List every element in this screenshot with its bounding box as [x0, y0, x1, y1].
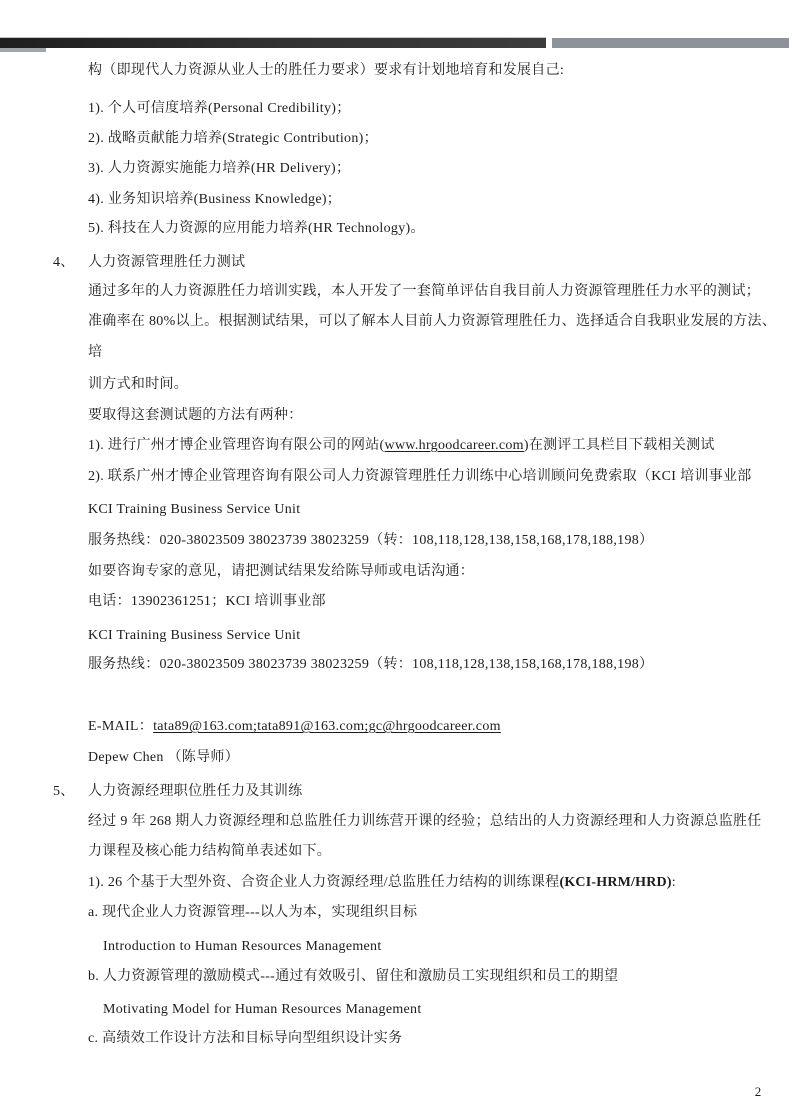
- text-segment: 2). 联系广州才博企业管理咨询有限公司人力资源管理胜任力训练中心培训顾问免费索…: [88, 469, 752, 484]
- text-line: 训方式和时间。: [0, 370, 792, 400]
- text-line: 电话：13902361251；KCI 培训事业部: [0, 587, 792, 617]
- bold-text: (KCI-HRM/HRD): [559, 875, 671, 890]
- text-segment: 训方式和时间。: [88, 377, 188, 392]
- text-line: KCI Training Business Service Unit: [0, 621, 792, 651]
- text-line: 通过多年的人力资源胜任力培训实践，本人开发了一套简单评估自我目前人力资源管理胜任…: [0, 277, 792, 307]
- text-segment: KCI Training Business Service Unit: [88, 628, 300, 643]
- text-segment: 1). 26 个基于大型外资、合资企业人力资源经理/总监胜任力结构的训练课程: [88, 875, 559, 890]
- text-segment: 电话：13902361251；KCI 培训事业部: [88, 594, 326, 609]
- text-line: 服务热线：020-38023509 38023739 38023259（转：10…: [0, 650, 792, 680]
- text-line: 2). 联系广州才博企业管理咨询有限公司人力资源管理胜任力训练中心培训顾问免费索…: [0, 462, 792, 492]
- hyperlink[interactable]: www.hrgoodcareer.com: [385, 438, 524, 453]
- text-segment: 3). 人力资源实施能力培养(HR Delivery)；: [88, 161, 350, 176]
- text-line: Introduction to Human Resources Manageme…: [0, 932, 792, 962]
- text-segment: 培: [88, 345, 102, 360]
- text-line: 1). 进行广州才博企业管理咨询有限公司的网站(www.hrgoodcareer…: [0, 431, 792, 461]
- text-line: 如要咨询专家的意见，请把测试结果发给陈导师或电话沟通：: [0, 557, 792, 587]
- text-line: Depew Chen （陈导师）: [0, 743, 792, 773]
- text-segment: )在测评工具栏目下载相关测试: [524, 438, 715, 453]
- text-segment: 准确率在 80%以上。根据测试结果，可以了解本人目前人力资源管理胜任力、选择适合…: [88, 314, 776, 329]
- text-segment: Motivating Model for Human Resources Man…: [103, 1002, 422, 1017]
- text-line: 1). 个人可信度培养(Personal Credibility)；: [0, 94, 792, 124]
- text-segment: 1). 进行广州才博企业管理咨询有限公司的网站(: [88, 438, 385, 453]
- text-segment: 服务热线：020-38023509 38023739 38023259（转：10…: [88, 533, 653, 548]
- text-segment: 1). 个人可信度培养(Personal Credibility)；: [88, 101, 351, 116]
- text-segment: 人力资源经理职位胜任力及其训练: [88, 784, 303, 799]
- text-line: 1). 26 个基于大型外资、合资企业人力资源经理/总监胜任力结构的训练课程(K…: [0, 868, 792, 898]
- text-line: KCI Training Business Service Unit: [0, 495, 792, 525]
- text-line: 培: [0, 338, 792, 368]
- text-line: b. 人力资源管理的激励模式---通过有效吸引、留住和激励员工实现组织和员工的期…: [0, 962, 792, 992]
- text-segment: 如要咨询专家的意见，请把测试结果发给陈导师或电话沟通：: [88, 564, 474, 579]
- text-line: c. 高绩效工作设计方法和目标导向型组织设计实务: [0, 1024, 792, 1054]
- text-segment: 通过多年的人力资源胜任力培训实践，本人开发了一套简单评估自我目前人力资源管理胜任…: [88, 284, 760, 299]
- page-number: 2: [748, 1080, 768, 1104]
- text-line: a. 现代企业人力资源管理---以人为本，实现组织目标: [0, 898, 792, 928]
- document-page: 构（即现代人力资源从业人士的胜任力要求）要求有计划地培育和发展自己:1). 个人…: [0, 0, 792, 1120]
- text-line: 2). 战略贡献能力培养(Strategic Contribution)；: [0, 124, 792, 154]
- text-line: 4、人力资源管理胜任力测试: [0, 248, 792, 278]
- text-segment: KCI Training Business Service Unit: [88, 502, 300, 517]
- text-line: 准确率在 80%以上。根据测试结果，可以了解本人目前人力资源管理胜任力、选择适合…: [0, 307, 792, 337]
- text-segment: c. 高绩效工作设计方法和目标导向型组织设计实务: [88, 1031, 402, 1046]
- hyperlink[interactable]: tata89@163.com;tata891@163.com;gc@hrgood…: [153, 719, 501, 734]
- text-line: 服务热线：020-38023509 38023739 38023259（转：10…: [0, 526, 792, 556]
- text-line: 5、人力资源经理职位胜任力及其训练: [0, 777, 792, 807]
- text-line: 构（即现代人力资源从业人士的胜任力要求）要求有计划地培育和发展自己:: [0, 56, 792, 86]
- text-segment: 经过 9 年 268 期人力资源经理和总监胜任力训练营开课的经验；总结出的人力资…: [88, 814, 762, 829]
- text-line: 4). 业务知识培养(Business Knowledge)；: [0, 185, 792, 215]
- text-line: Motivating Model for Human Resources Man…: [0, 995, 792, 1025]
- list-number-marker: 5、: [53, 777, 75, 807]
- text-line: 力课程及核心能力结构简单表述如下。: [0, 837, 792, 867]
- text-segment: 构（即现代人力资源从业人士的胜任力要求）要求有计划地培育和发展自己:: [88, 63, 564, 78]
- text-segment: 要取得这套测试题的方法有两种：: [88, 408, 303, 423]
- text-segment: 5). 科技在人力资源的应用能力培养(HR Technology)。: [88, 221, 425, 236]
- text-segment: 力课程及核心能力结构简单表述如下。: [88, 844, 331, 859]
- text-line: 要取得这套测试题的方法有两种：: [0, 401, 792, 431]
- text-segment: :: [672, 875, 676, 890]
- text-segment: 服务热线：020-38023509 38023739 38023259（转：10…: [88, 657, 653, 672]
- text-segment: E-MAIL：: [88, 719, 153, 734]
- text-segment: 2). 战略贡献能力培养(Strategic Contribution)；: [88, 131, 378, 146]
- text-line: 5). 科技在人力资源的应用能力培养(HR Technology)。: [0, 214, 792, 244]
- text-line: 经过 9 年 268 期人力资源经理和总监胜任力训练营开课的经验；总结出的人力资…: [0, 807, 792, 837]
- text-segment: 4). 业务知识培养(Business Knowledge)；: [88, 192, 341, 207]
- text-segment: a. 现代企业人力资源管理---以人为本，实现组织目标: [88, 905, 417, 920]
- text-segment: 人力资源管理胜任力测试: [88, 255, 245, 270]
- text-line: 3). 人力资源实施能力培养(HR Delivery)；: [0, 154, 792, 184]
- text-segment: Introduction to Human Resources Manageme…: [103, 939, 382, 954]
- list-number-marker: 4、: [53, 248, 75, 278]
- text-segment: b. 人力资源管理的激励模式---通过有效吸引、留住和激励员工实现组织和员工的期…: [88, 969, 618, 984]
- text-segment: Depew Chen （陈导师）: [88, 750, 239, 765]
- text-line: E-MAIL：tata89@163.com;tata891@163.com;gc…: [0, 712, 792, 742]
- document-body: 构（即现代人力资源从业人士的胜任力要求）要求有计划地培育和发展自己:1). 个人…: [0, 0, 792, 1120]
